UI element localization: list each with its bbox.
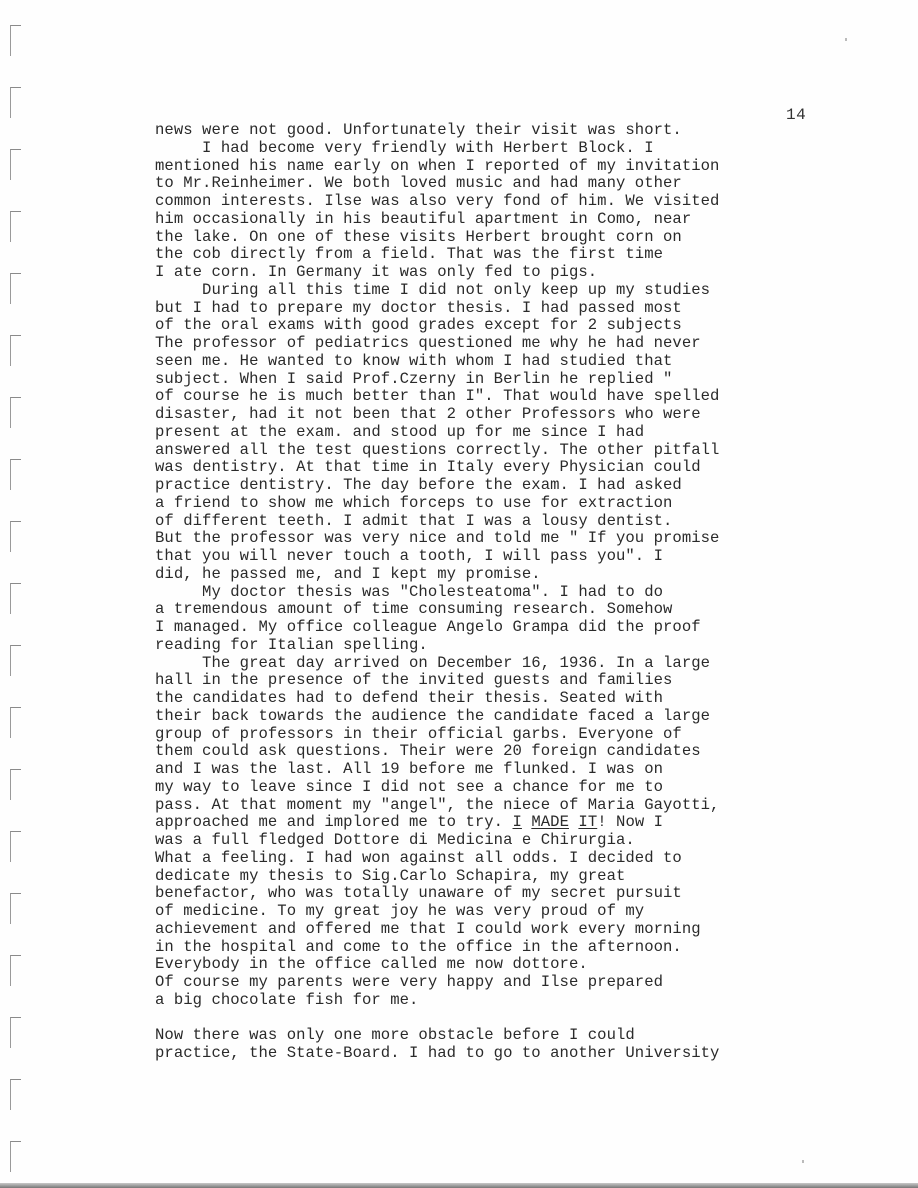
body-text: news were not good. Unfortunately their …	[155, 122, 835, 1063]
binder-mark	[10, 769, 21, 800]
binder-mark	[10, 459, 21, 490]
scan-speck	[802, 1160, 804, 1163]
text-line: him occasionally in his beautiful apartm…	[155, 211, 835, 229]
text-line: practice dentistry. The day before the e…	[155, 477, 835, 495]
text-line: benefactor, who was totally unaware of m…	[155, 885, 835, 903]
text-line: present at the exam. and stood up for me…	[155, 424, 835, 442]
binder-mark	[10, 707, 21, 738]
text-line: news were not good. Unfortunately their …	[155, 122, 835, 140]
text-line: of different teeth. I admit that I was a…	[155, 513, 835, 531]
binder-mark	[10, 893, 21, 924]
binder-hole-marks	[0, 0, 30, 1188]
text-line: disaster, had it not been that 2 other P…	[155, 406, 835, 424]
text-line: of medicine. To my great joy he was very…	[155, 903, 835, 921]
binder-mark	[10, 1017, 21, 1048]
binder-mark	[10, 273, 21, 304]
binder-mark	[10, 831, 21, 862]
text-line: did, he passed me, and I kept my promise…	[155, 566, 835, 584]
text-line: But the professor was very nice and told…	[155, 530, 835, 548]
text-line: achievement and offered me that I could …	[155, 921, 835, 939]
binder-mark	[10, 211, 21, 242]
text-line: the cob directly from a field. That was …	[155, 246, 835, 264]
underlined-word: MADE	[531, 813, 569, 831]
document-page: 14 news were not good. Unfortunately the…	[0, 0, 918, 1188]
text-line: During all this time I did not only keep…	[155, 282, 835, 300]
binder-mark	[10, 1141, 21, 1172]
text-line: in the hospital and come to the office i…	[155, 939, 835, 957]
text-line: to Mr.Reinheimer. We both loved music an…	[155, 175, 835, 193]
text-line: Everybody in the office called me now do…	[155, 956, 835, 974]
text-line: of the oral exams with good grades excep…	[155, 317, 835, 335]
text-line: a big chocolate fish for me.	[155, 992, 835, 1010]
binder-mark	[10, 149, 21, 180]
text-line: was a full fledged Dottore di Medicina e…	[155, 832, 835, 850]
binder-mark	[10, 397, 21, 428]
text-line: subject. When I said Prof.Czerny in Berl…	[155, 371, 835, 389]
text-line: group of professors in their official ga…	[155, 726, 835, 744]
binder-mark	[10, 521, 21, 552]
binder-mark	[10, 335, 21, 366]
text-line: My doctor thesis was "Cholesteatoma". I …	[155, 584, 835, 602]
binder-mark	[10, 645, 21, 676]
text-line: mentioned his name early on when I repor…	[155, 158, 835, 176]
text-line: hall in the presence of the invited gues…	[155, 672, 835, 690]
binder-mark	[10, 955, 21, 986]
binder-mark	[10, 1079, 21, 1110]
text-line: The great day arrived on December 16, 19…	[155, 655, 835, 673]
text-line: What a feeling. I had won against all od…	[155, 850, 835, 868]
text-line: but I had to prepare my doctor thesis. I…	[155, 300, 835, 318]
text-line: I ate corn. In Germany it was only fed t…	[155, 264, 835, 282]
text-line: Of course my parents were very happy and…	[155, 974, 835, 992]
text-line: I had become very friendly with Herbert …	[155, 140, 835, 158]
text-line: and I was the last. All 19 before me flu…	[155, 761, 835, 779]
text-line: a tremendous amount of time consuming re…	[155, 601, 835, 619]
page-bottom-edge	[0, 1183, 918, 1188]
text-line: practice, the State-Board. I had to go t…	[155, 1045, 835, 1063]
text-line	[155, 1010, 835, 1028]
text-line: that you will never touch a tooth, I wil…	[155, 548, 835, 566]
text-line: I managed. My office colleague Angelo Gr…	[155, 619, 835, 637]
text-line: their back towards the audience the cand…	[155, 708, 835, 726]
underlined-word: IT	[578, 813, 597, 831]
text-line: the candidates had to defend their thesi…	[155, 690, 835, 708]
text-line: answered all the test questions correctl…	[155, 442, 835, 460]
text-line: my way to leave since I did not see a ch…	[155, 779, 835, 797]
binder-mark	[10, 87, 21, 118]
text-line: reading for Italian spelling.	[155, 637, 835, 655]
text-line: pass. At that moment my "angel", the nie…	[155, 797, 835, 815]
text-line: seen me. He wanted to know with whom I h…	[155, 353, 835, 371]
text-line: of course he is much better than I". Tha…	[155, 388, 835, 406]
text-line: The professor of pediatrics questioned m…	[155, 335, 835, 353]
binder-mark	[10, 583, 21, 614]
binder-mark	[10, 25, 21, 56]
text-line: common interests. Ilse was also very fon…	[155, 193, 835, 211]
text-line: dedicate my thesis to Sig.Carlo Schapira…	[155, 868, 835, 886]
text-line: a friend to show me which forceps to use…	[155, 495, 835, 513]
underlined-word: I	[513, 813, 522, 831]
text-line: Now there was only one more obstacle bef…	[155, 1027, 835, 1045]
text-line: them could ask questions. Their were 20 …	[155, 743, 835, 761]
text-line: was dentistry. At that time in Italy eve…	[155, 459, 835, 477]
scan-speck	[845, 38, 847, 41]
text-line: approached me and implored me to try. I …	[155, 814, 835, 832]
text-line: the lake. On one of these visits Herbert…	[155, 229, 835, 247]
